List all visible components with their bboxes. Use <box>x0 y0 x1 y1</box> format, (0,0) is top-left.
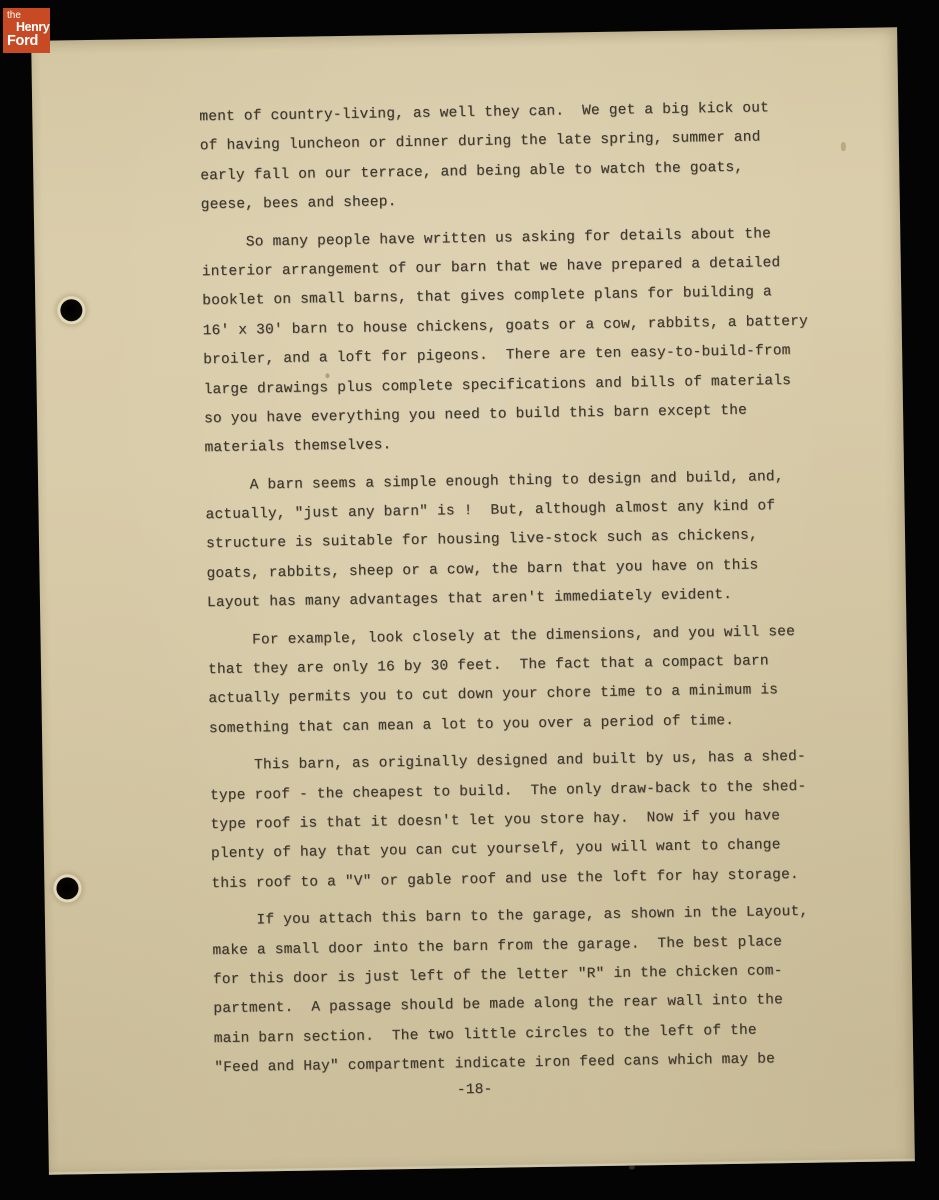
paper-speck <box>841 142 846 151</box>
paragraph: ment of country-living, as well they can… <box>199 93 841 221</box>
paper-speck <box>629 1166 635 1170</box>
logo-text-ford: Ford <box>7 33 38 49</box>
paragraph: If you attach this barn to the garage, a… <box>212 897 855 1083</box>
henry-ford-logo: the Henry Ford <box>3 8 50 53</box>
paragraph: So many people have written us asking fo… <box>201 219 845 464</box>
punch-hole-bottom <box>56 877 78 899</box>
paragraph: A barn seems a simple enough thing to de… <box>205 462 847 619</box>
document-page: ment of country-living, as well they can… <box>31 27 915 1174</box>
paragraph: For example, look closely at the dimensi… <box>207 617 849 745</box>
logo-text-henry: Henry <box>16 20 49 34</box>
typed-text: ment of country-living, as well they can… <box>199 93 854 1083</box>
punch-hole-top <box>60 299 82 321</box>
paragraph: This barn, as originally designed and bu… <box>209 742 851 899</box>
scan-background: ment of country-living, as well they can… <box>0 0 939 1200</box>
